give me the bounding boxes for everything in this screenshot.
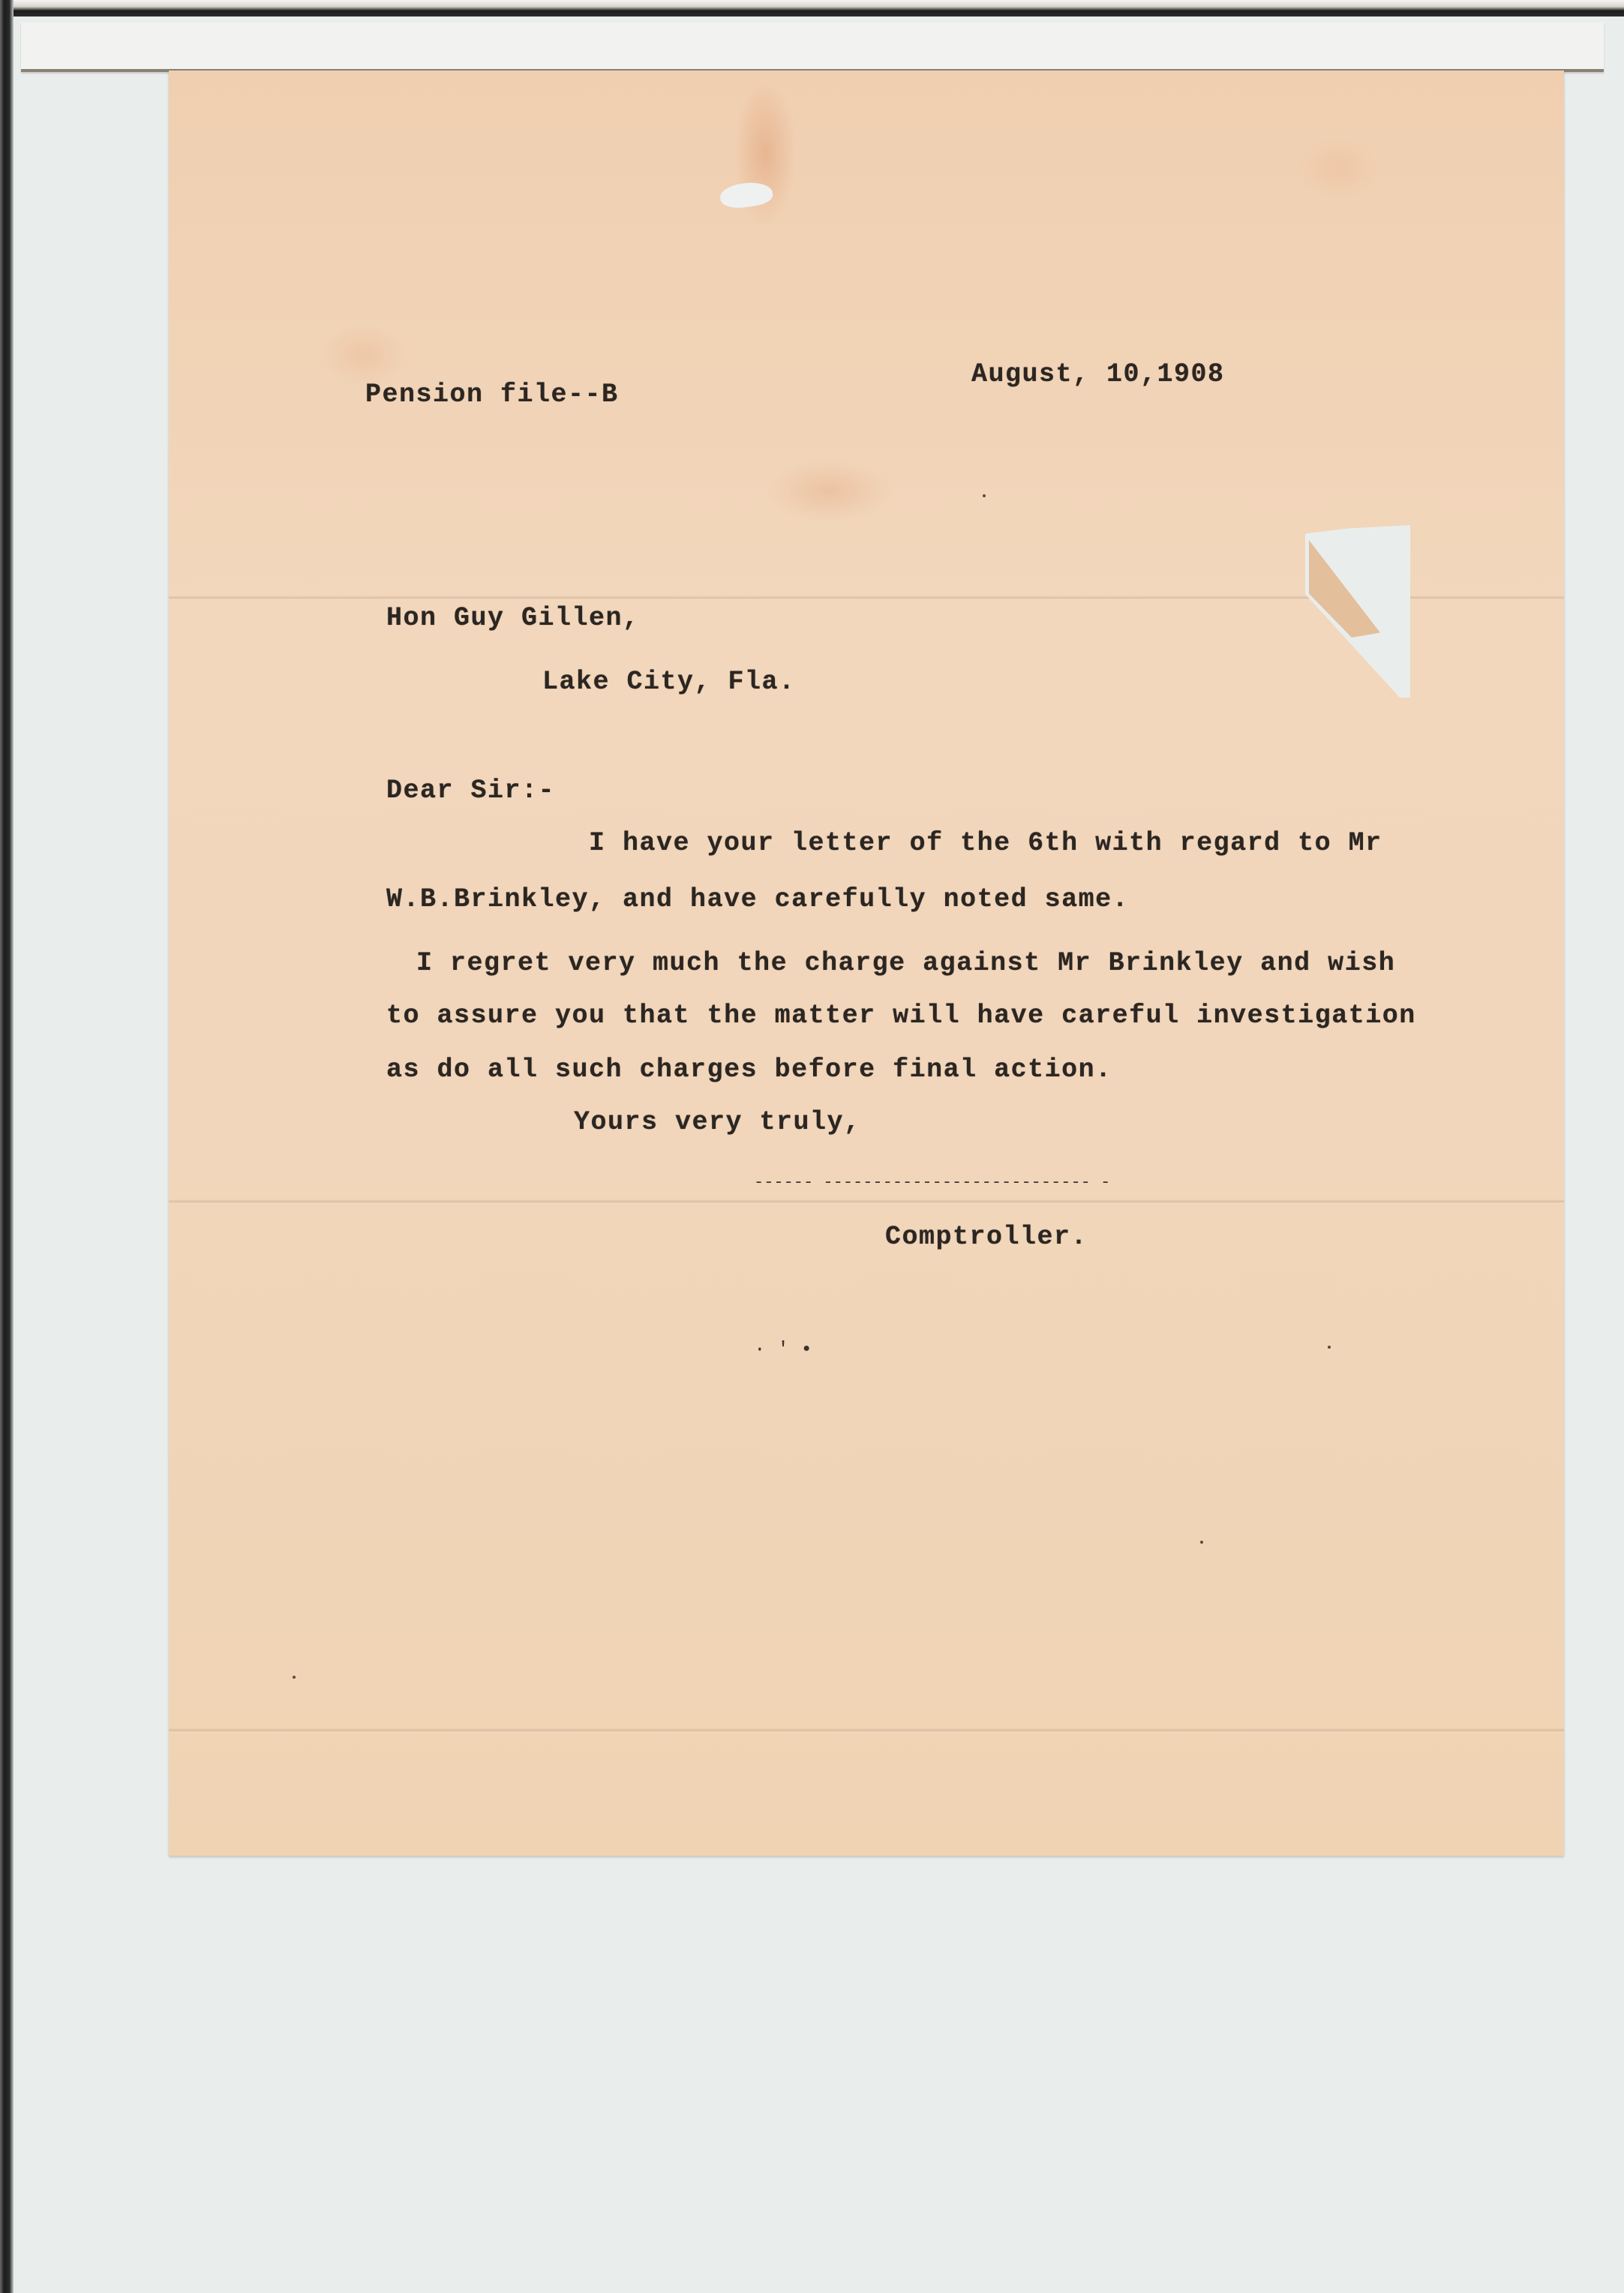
salutation: Dear Sir:-: [386, 776, 555, 806]
scanner-left-edge: [0, 0, 14, 2293]
body-line: I have your letter of the 6th with regar…: [589, 828, 1382, 858]
recipient-name: Hon Guy Gillen,: [386, 603, 640, 633]
body-line: as do all such charges before final acti…: [386, 1055, 1112, 1085]
stray-mark: · ' •: [754, 1338, 812, 1361]
letter-date: August, 10,1908: [971, 359, 1225, 389]
letter-page: Pension file--B August, 10,1908 Hon Guy …: [169, 71, 1564, 1856]
body-line: W.B.Brinkley, and have carefully noted s…: [386, 884, 1129, 914]
speck: [293, 1676, 296, 1679]
speck: [983, 494, 986, 497]
mounting-strip: [21, 23, 1604, 72]
speck: [1200, 1541, 1203, 1544]
closing: Yours very truly,: [574, 1107, 861, 1137]
body-line: to assure you that the matter will have …: [386, 1001, 1416, 1031]
signer-title: Comptroller.: [885, 1222, 1088, 1252]
recipient-location: Lake City, Fla.: [542, 667, 796, 697]
signature-line: ------ --------------------------- -: [754, 1173, 1110, 1192]
fold-crease: [169, 1199, 1564, 1204]
file-reference: Pension file--B: [365, 380, 619, 410]
scanner-top-edge: [0, 0, 1624, 17]
speck: [1328, 1346, 1331, 1349]
paper-hole: [719, 179, 774, 210]
fold-crease: [169, 1728, 1564, 1733]
body-line: I regret very much the charge against Mr…: [416, 948, 1395, 978]
